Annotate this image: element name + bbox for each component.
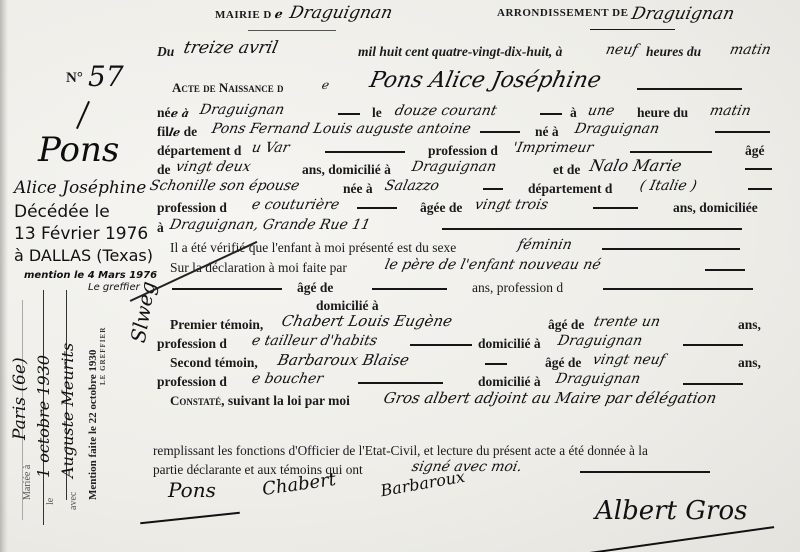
rule <box>540 113 562 115</box>
signature-flourish <box>140 512 240 524</box>
act-suffix: e <box>321 78 331 92</box>
father-dept: u Var <box>250 140 291 156</box>
margin-marriage-spouse-label: avec <box>68 492 79 510</box>
mother-prof-label: profession d <box>157 200 227 216</box>
date-day: treize avril <box>182 38 280 58</box>
signature-declarant: Pons <box>168 478 216 502</box>
sex-text: Il a été vérifié que l'enfant à moi prés… <box>170 240 456 256</box>
act-label: Acte de Naissance d <box>172 80 284 96</box>
mother-prof: e couturière <box>250 197 341 213</box>
witness2-dom-label: domicilié à <box>478 374 541 390</box>
father-name: Pons Fernand Louis auguste antoine <box>210 121 472 137</box>
rule <box>683 383 743 385</box>
margin-stamp: LE GREFFIER <box>99 327 107 385</box>
rule <box>580 471 710 473</box>
witness2-label: Second témoin, <box>170 355 258 371</box>
father-prof: 'Imprimeur <box>511 140 594 156</box>
daughter-suffix: le <box>168 126 182 139</box>
document-page: MAIRIE D e Draguignan ARRONDISSEMENT DE … <box>0 0 800 552</box>
date-year-text: mil huit cent quatre-vingt-dix-huit, à <box>358 44 562 60</box>
born-at-suffix: e à <box>169 107 190 120</box>
mother-born: Salazzo <box>383 178 440 194</box>
rule <box>338 113 360 115</box>
mother-domicile-a: à <box>157 220 164 236</box>
witness1-prof: e tailleur d'habits <box>250 333 378 349</box>
margin-death-line2: 13 Février 1976 <box>14 224 148 244</box>
witness2-prof-label: profession d <box>157 374 227 390</box>
officer: Gros albert adjoint au Maire par délégat… <box>382 389 718 407</box>
date-prefix: Du <box>157 44 174 60</box>
margin-mention-marriage: Mention faite le 22 octobre 1930 <box>87 350 99 500</box>
declarant-ans-prof: ans, profession d <box>472 280 563 296</box>
mother-label: et de <box>553 162 580 178</box>
mother-age: vingt trois <box>473 197 549 213</box>
rule <box>442 228 742 230</box>
rule <box>325 151 405 153</box>
constate-text: , suivant la loi par moi <box>221 393 350 408</box>
date-hour-text: heures du <box>646 44 701 60</box>
father-dept-label: département d <box>157 143 241 159</box>
margin-marriage-place: Paris (6e) <box>10 357 30 440</box>
rule <box>410 344 472 346</box>
closing-line1: remplissant les fonctions d'Officier de … <box>153 443 648 459</box>
margin-surname: Pons <box>38 130 119 170</box>
mairie-value: Draguignan <box>288 3 394 23</box>
mairie-label: MAIRIE D e <box>215 7 283 21</box>
mother-name: Nalo Marie <box>588 156 684 175</box>
witness2-name: Barbaroux Blaise <box>276 351 411 369</box>
rule <box>357 207 397 209</box>
father-prof-label: profession d <box>428 143 498 159</box>
rule <box>683 344 743 346</box>
sex: féminin <box>516 237 573 253</box>
witness2-ans: ans, <box>738 355 761 371</box>
witness1-label: Premier témoin, <box>170 317 263 333</box>
witness1-age-label: âgé de <box>548 317 584 333</box>
father-born: Draguignan <box>573 121 660 137</box>
mother-dept-label: département d <box>528 181 612 197</box>
rule <box>593 207 638 209</box>
margin-greffier: Le greffier <box>88 282 140 293</box>
date-period: matin <box>728 42 772 58</box>
witness2-age-label: âgé de <box>545 355 581 371</box>
mother-domicile-label: ans, domiciliée <box>673 200 758 216</box>
daughter-of-de: de <box>184 124 198 139</box>
born-at: Draguignan <box>198 102 285 118</box>
rule <box>748 188 772 190</box>
father-domicile: Draguignan <box>410 159 497 175</box>
rule <box>745 168 772 170</box>
rule <box>372 288 447 290</box>
father-domicile-label: ans, domicilié à <box>302 162 391 178</box>
witness2-age: vingt neuf <box>591 352 666 368</box>
mother-dept: ( Italie ) <box>638 178 698 194</box>
born-day: douze courant <box>393 103 498 119</box>
declarant: le père de l'enfant nouveau né <box>383 257 602 273</box>
constate-label: Constaté <box>170 393 221 408</box>
margin-marriage-spouse: Auguste Meurits <box>58 343 77 478</box>
father-age-label: âgé <box>745 143 765 159</box>
born-day-label: le <box>372 105 382 121</box>
rule <box>705 269 745 271</box>
father-age-de: de <box>157 162 171 178</box>
signature-officer: Albert Gros <box>595 496 747 526</box>
page-edge-shadow <box>0 0 8 552</box>
rule <box>483 188 503 190</box>
born-at-label: né <box>157 105 171 120</box>
declarant-age-label: âgé de <box>297 280 333 296</box>
witness1-age: trente un <box>592 314 661 330</box>
child-name: Pons Alice Joséphine <box>367 68 603 93</box>
witness1-dom-label: domicilié à <box>478 336 541 352</box>
born-hour-text: heure du <box>637 105 688 121</box>
margin-given-names: Alice Joséphine <box>14 178 146 198</box>
arrondissement-value: Draguignan <box>630 4 736 24</box>
witness1-dom: Draguignan <box>556 333 643 349</box>
record-number-label: N° <box>66 70 83 87</box>
rule <box>603 288 753 290</box>
margin-death-line1: Décédée le <box>14 202 110 222</box>
rule <box>590 29 675 30</box>
arrondissement-label: ARRONDISSEMENT DE <box>497 7 628 19</box>
margin-death-line3: à DALLAS (Texas) <box>14 246 153 265</box>
father-born-label: né à <box>535 124 559 140</box>
rule <box>485 363 507 365</box>
witness1-ans: ans, <box>738 317 761 333</box>
born-hour: une <box>586 103 616 119</box>
rule <box>637 88 742 90</box>
rule <box>715 131 770 133</box>
rule <box>248 30 336 31</box>
witness1-name: Chabert Louis Eugène <box>280 312 454 330</box>
margin-marriage-date: 1 octobre 1930 <box>34 355 53 478</box>
father-age: vingt deux <box>174 159 252 175</box>
born-hour-label: à <box>570 105 577 121</box>
mother-born-label: née à <box>343 181 373 197</box>
born-period: matin <box>708 103 752 119</box>
rule <box>630 151 712 153</box>
margin-marriage-label: Mariée à <box>22 465 33 500</box>
rule <box>602 248 740 250</box>
mother-age-label: âgée de <box>420 200 462 216</box>
witness2-prof: e boucher <box>250 371 324 387</box>
margin-marriage-date-label: le <box>45 498 56 505</box>
mother-domicile: Draguignan, Grande Rue 11 <box>168 217 371 233</box>
rule <box>358 382 443 384</box>
witness1-prof-label: profession d <box>157 336 227 352</box>
record-number: 57 <box>88 60 124 93</box>
mother-name2: Schonille son épouse <box>148 178 301 194</box>
witness2-dom: Draguignan <box>554 371 641 387</box>
rule <box>172 288 282 290</box>
number-stroke <box>76 101 90 129</box>
signature-flourish <box>576 526 774 552</box>
rule <box>480 131 520 133</box>
date-hour: neuf <box>604 42 639 58</box>
